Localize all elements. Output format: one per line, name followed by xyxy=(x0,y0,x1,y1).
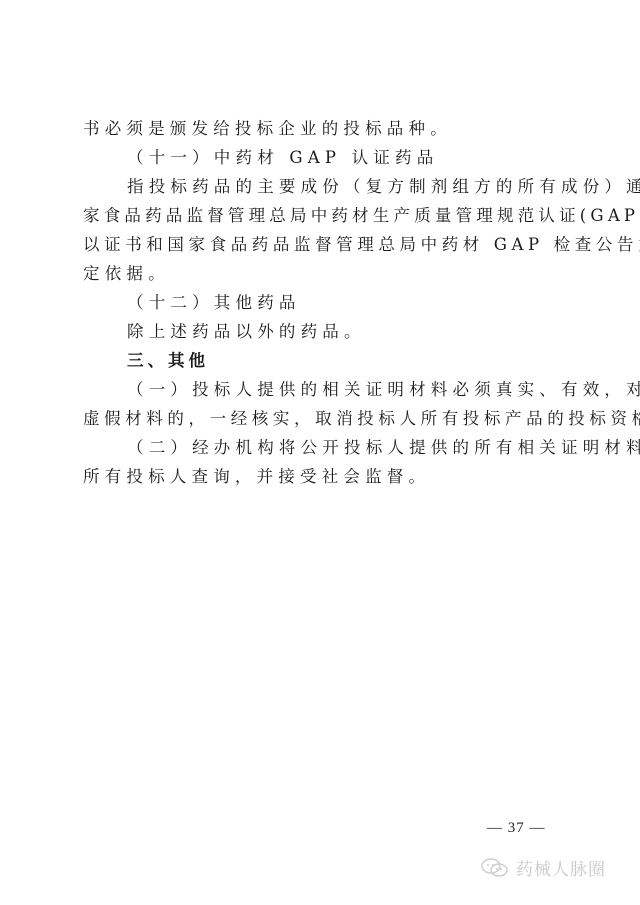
text-line: 指投标药品的主要成份（复方制剂组方的所有成份）通过国 xyxy=(83,172,557,201)
section-heading-3: 三、其他 xyxy=(83,346,557,375)
text-line: 所有投标人查询，并接受社会监督。 xyxy=(83,462,557,491)
text-line: （一）投标人提供的相关证明材料必须真实、有效，对提供 xyxy=(83,375,557,404)
text-line: 以证书和国家食品药品监督管理总局中药材 GAP 检查公告为认 xyxy=(83,230,557,259)
section-heading-12: （十二）其他药品 xyxy=(83,288,557,317)
watermark-text: 药械人脉圈 xyxy=(516,855,606,880)
page-number: — 37 — xyxy=(487,820,546,837)
watermark: 药械人脉圈 xyxy=(480,855,606,880)
text-line: （二）经办机构将公开投标人提供的所有相关证明材料，供 xyxy=(83,433,557,462)
text-line: 虚假材料的，一经核实，取消投标人所有投标产品的投标资格； xyxy=(83,404,557,433)
wechat-icon xyxy=(480,857,510,879)
text-line: 家食品药品监督管理总局中药材生产质量管理规范认证(GAP)。 xyxy=(83,201,557,230)
section-heading-11: （十一）中药材 GAP 认证药品 xyxy=(83,143,557,172)
text-line: 书必须是颁发给投标企业的投标品种。 xyxy=(83,114,557,143)
document-body: 书必须是颁发给投标企业的投标品种。 （十一）中药材 GAP 认证药品 指投标药品… xyxy=(83,114,557,491)
text-line: 除上述药品以外的药品。 xyxy=(83,317,557,346)
text-line: 定依据。 xyxy=(83,259,557,288)
